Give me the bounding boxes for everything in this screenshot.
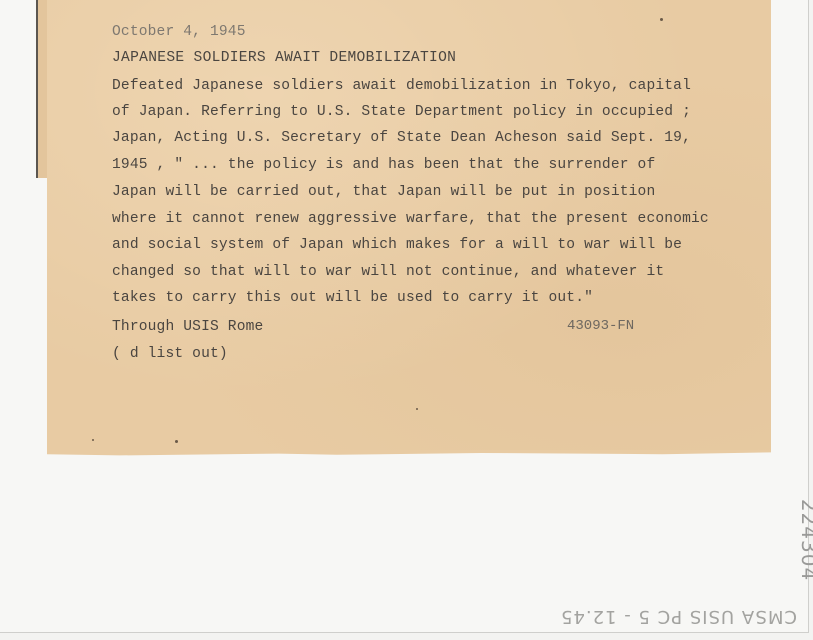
document-date: October 4, 1945 (112, 23, 246, 41)
handwritten-archive-note: CMSA USIS PC 5 - 12.45 (560, 606, 797, 627)
body-line: and social system of Japan which makes f… (112, 236, 682, 254)
distribution-note: ( d list out) (112, 345, 228, 363)
ink-speck (175, 440, 178, 443)
body-line: Japan will be carried out, that Japan wi… (112, 183, 655, 201)
credit-line: Through USIS Rome (112, 318, 263, 336)
body-line: changed so that will to war will not con… (112, 263, 664, 281)
body-line: Defeated Japanese soldiers await demobil… (112, 77, 691, 95)
body-line: of Japan. Referring to U.S. State Depart… (112, 103, 691, 121)
ink-speck (416, 408, 418, 410)
body-line: takes to carry this out will be used to … (112, 289, 593, 307)
ink-speck (92, 439, 94, 441)
body-line: 1945 , " ... the policy is and has been … (112, 156, 655, 174)
document-headline: JAPANESE SOLDIERS AWAIT DEMOBILIZATION (112, 49, 456, 67)
body-line: Japan, Acting U.S. Secretary of State De… (112, 129, 691, 147)
ink-speck (660, 18, 663, 21)
body-line: where it cannot renew aggressive warfare… (112, 210, 709, 228)
handwritten-catalog-number: 224304 (797, 499, 813, 581)
reference-number: 43093-FN (567, 318, 634, 334)
